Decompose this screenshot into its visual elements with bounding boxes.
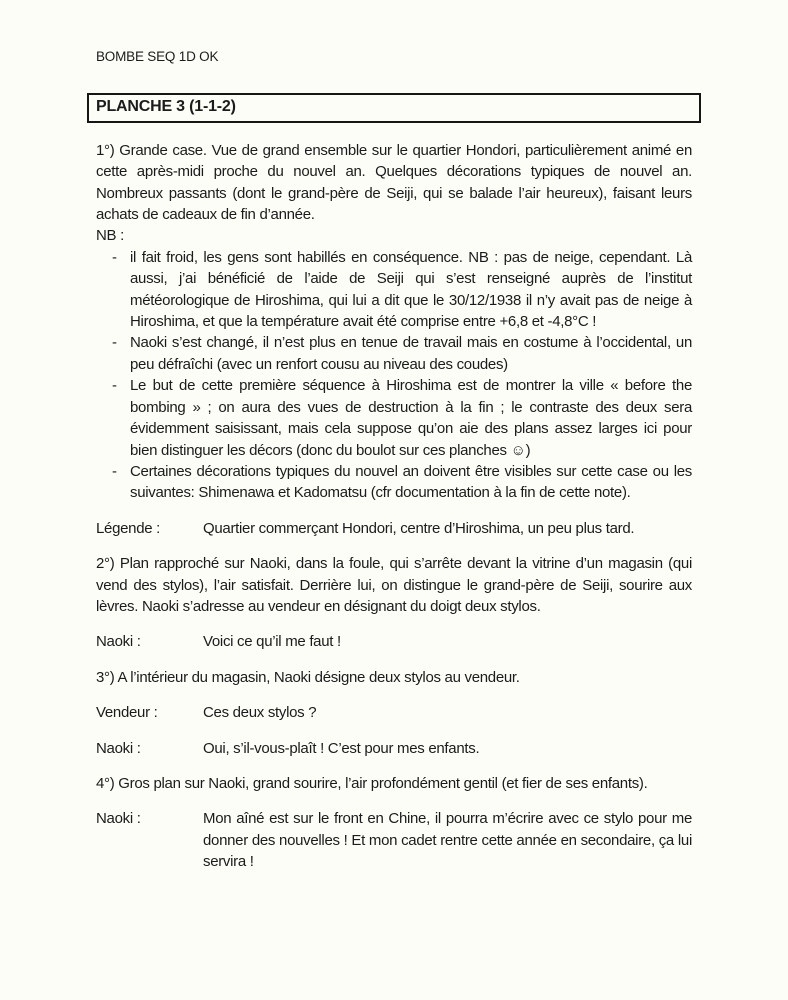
legend-label: Légende : <box>96 518 203 539</box>
note-text-costume: Naoki s’est changé, il n’est plus en ten… <box>130 332 692 375</box>
note-item: - Naoki s’est changé, il n’est plus en t… <box>96 332 692 375</box>
note-item: - Certaines décorations typiques du nouv… <box>96 461 692 504</box>
nb-label: NB : <box>96 225 692 246</box>
dialog-speaker: Naoki : <box>96 808 203 872</box>
panel-3-description: 3°) A l’intérieur du magasin, Naoki dési… <box>96 667 692 688</box>
dialog-line: Voici ce qu’il me faut ! <box>203 631 692 652</box>
dialog-speaker: Naoki : <box>96 738 203 759</box>
dialog-line: Oui, s’il-vous-plaît ! C’est pour mes en… <box>203 738 692 759</box>
note-item: - Le but de cette première séquence à Hi… <box>96 375 692 461</box>
dialog-speaker: Vendeur : <box>96 702 203 723</box>
nb-notes-list: - il fait froid, les gens sont habillés … <box>96 247 692 504</box>
note-text-sequence-goal: Le but de cette première séquence à Hiro… <box>130 375 692 461</box>
note-item: - il fait froid, les gens sont habillés … <box>96 247 692 333</box>
planche-title-box: PLANCHE 3 (1-1-2) <box>87 93 701 122</box>
bullet-dash: - <box>112 247 130 333</box>
dialog-line: Mon aîné est sur le front en Chine, il p… <box>203 808 692 872</box>
dialog-row: Naoki : Oui, s’il-vous-plaît ! C’est pou… <box>96 738 692 759</box>
bullet-dash: - <box>112 461 130 504</box>
dialog-row: Vendeur : Ces deux stylos ? <box>96 702 692 723</box>
legend-text: Quartier commerçant Hondori, centre d’Hi… <box>203 518 692 539</box>
planche-title: PLANCHE 3 (1-1-2) <box>96 98 236 115</box>
dialog-speaker: Naoki : <box>96 631 203 652</box>
panel-1-description: 1°) Grande case. Vue de grand ensemble s… <box>96 140 692 226</box>
dialog-row: Naoki : Mon aîné est sur le front en Chi… <box>96 808 692 872</box>
bullet-dash: - <box>112 375 130 461</box>
note-text-weather: il fait froid, les gens sont habillés en… <box>130 247 692 333</box>
dialog-row: Naoki : Voici ce qu’il me faut ! <box>96 631 692 652</box>
note-text-decorations: Certaines décorations typiques du nouvel… <box>130 461 692 504</box>
doc-reference-note: BOMBE SEQ 1D OK <box>96 46 692 67</box>
panel-2-description: 2°) Plan rapproché sur Naoki, dans la fo… <box>96 553 692 617</box>
bullet-dash: - <box>112 332 130 375</box>
script-document-page: BOMBE SEQ 1D OK PLANCHE 3 (1-1-2) 1°) Gr… <box>0 0 788 1000</box>
dialog-line: Ces deux stylos ? <box>203 702 692 723</box>
legend-row: Légende : Quartier commerçant Hondori, c… <box>96 518 692 539</box>
panel-4-description: 4°) Gros plan sur Naoki, grand sourire, … <box>96 773 692 794</box>
